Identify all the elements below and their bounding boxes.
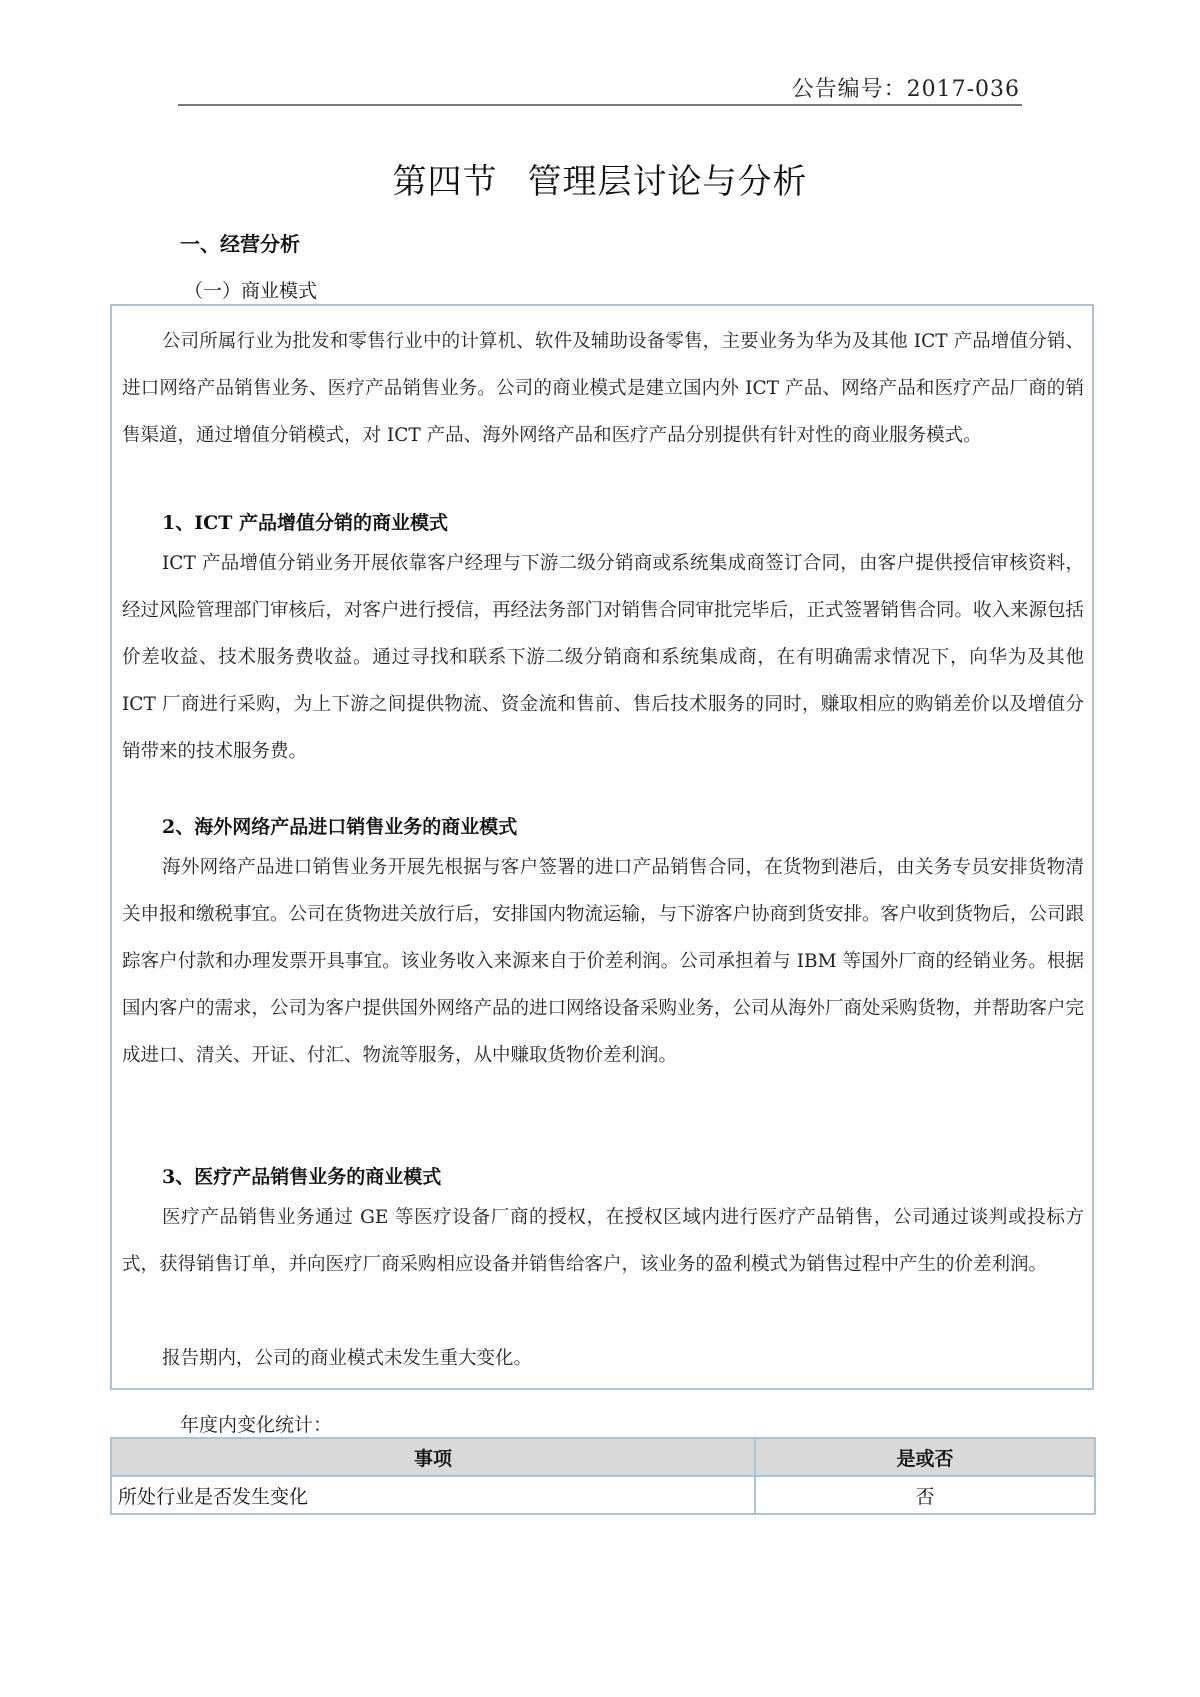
subsection-title-medical: 3、医疗产品销售业务的商业模式: [162, 1162, 441, 1189]
subsection-title-ict: 1、ICT 产品增值分销的商业模式: [162, 508, 448, 535]
subsection-body-medical: 医疗产品销售业务通过 GE 等医疗设备厂商的授权，在授权区域内进行医疗产品销售，…: [122, 1194, 1084, 1288]
intro-paragraph: 公司所属行业为批发和零售行业中的计算机、软件及辅助设备零售，主要业务为华为及其他…: [122, 318, 1084, 459]
section-name: 管理层讨论与分析: [528, 162, 808, 202]
column-header-item: 事项: [111, 1438, 755, 1476]
change-stats-table: 事项 是或否 所处行业是否发生变化 否: [110, 1437, 1096, 1515]
subsection-body-import: 海外网络产品进口销售业务开展先根据与客户签署的进口产品销售合同，在货物到港后，由…: [122, 844, 1084, 1079]
heading-operation-analysis: 一、经营分析: [180, 228, 300, 257]
column-header-yes-no: 是或否: [755, 1438, 1095, 1476]
header-divider: [178, 104, 1022, 106]
subsection-body-ict: ICT 产品增值分销业务开展依靠客户经理与下游二级分销商或系统集成商签订合同，由…: [122, 540, 1084, 775]
heading-business-model: （一）商业模式: [184, 276, 317, 303]
row-item-cell: 所处行业是否发生变化: [111, 1476, 755, 1514]
section-number: 第四节: [393, 162, 498, 202]
stats-label: 年度内变化统计：: [180, 1410, 332, 1437]
table-row: 所处行业是否发生变化 否: [111, 1476, 1095, 1514]
conclusion-paragraph: 报告期内，公司的商业模式未发生重大变化。: [122, 1335, 1084, 1382]
page-title: 第四节管理层讨论与分析: [0, 154, 1200, 203]
row-value-cell: 否: [755, 1476, 1095, 1514]
subsection-title-import: 2、海外网络产品进口销售业务的商业模式: [162, 812, 517, 839]
announcement-number: 公告编号：2017-036: [792, 72, 1020, 103]
table-header-row: 事项 是或否: [111, 1438, 1095, 1476]
